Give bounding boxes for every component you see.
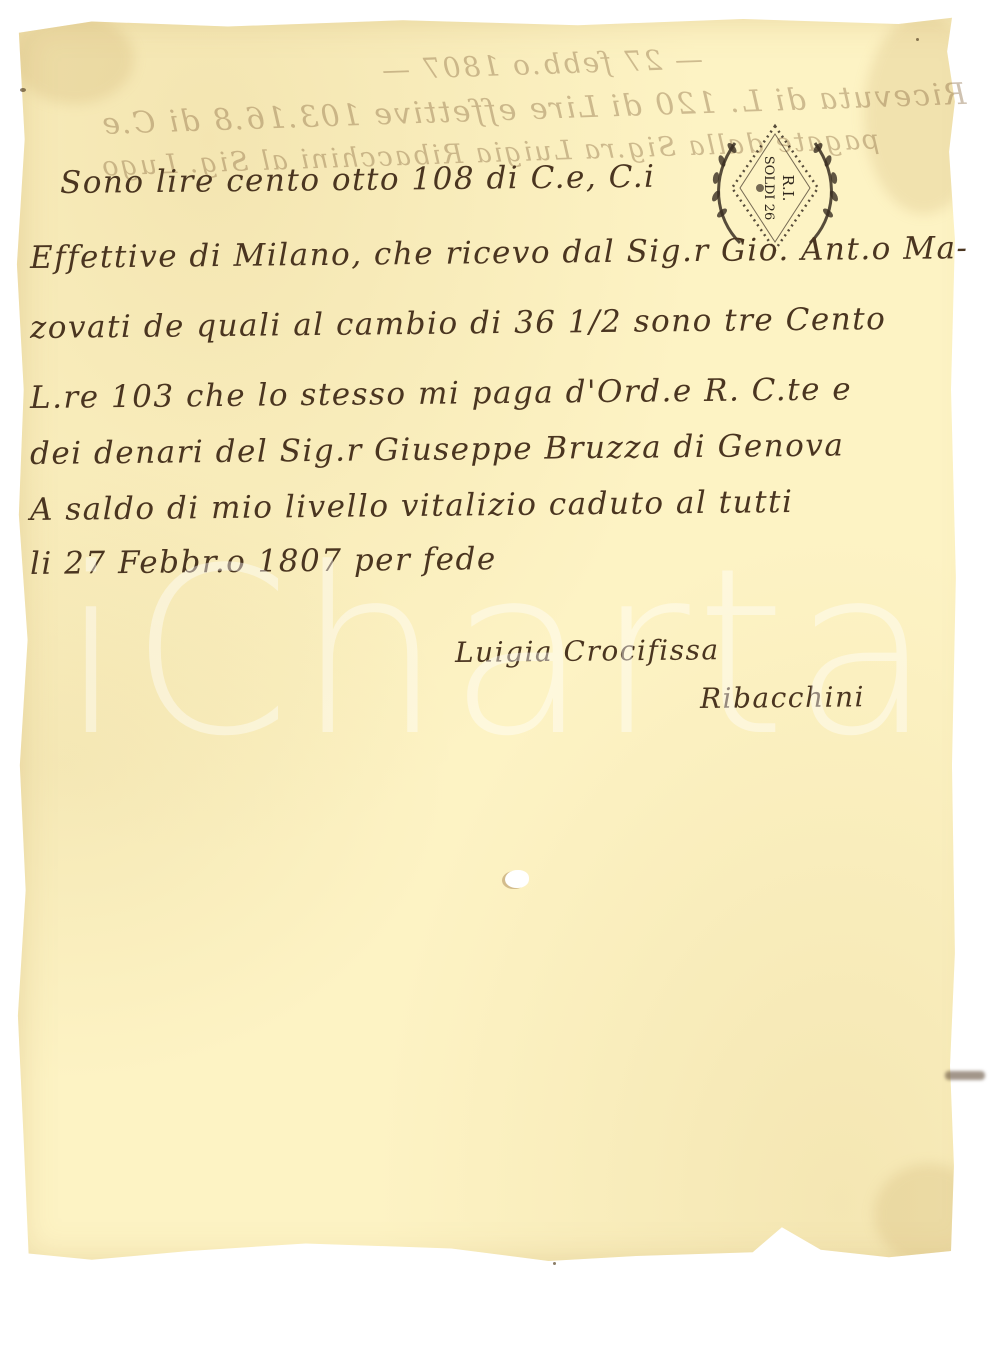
paper-speck [916,38,919,41]
paper-speck [553,1262,556,1265]
svg-text:SOLDI 26: SOLDI 26 [761,156,776,220]
edge-stain [14,14,134,104]
handwritten-line: li 27 Febbr.o 1807 per fede [30,541,497,582]
signature-first-name: Luigia Crocifissa [455,633,720,669]
paper-hole [505,870,529,888]
paper-speck [20,88,26,92]
ink-smudge [945,1071,985,1080]
handwritten-line: Sono lire cento otto 108 di C.e, C.i [60,159,656,201]
edge-stain [874,1164,984,1264]
signature-surname: Ribacchini [700,680,865,715]
svg-text:R.I.: R.I. [779,175,797,202]
document-scan: — 27 febb.o 1807 — Ricevuta di L. 120 di… [0,0,1000,1358]
